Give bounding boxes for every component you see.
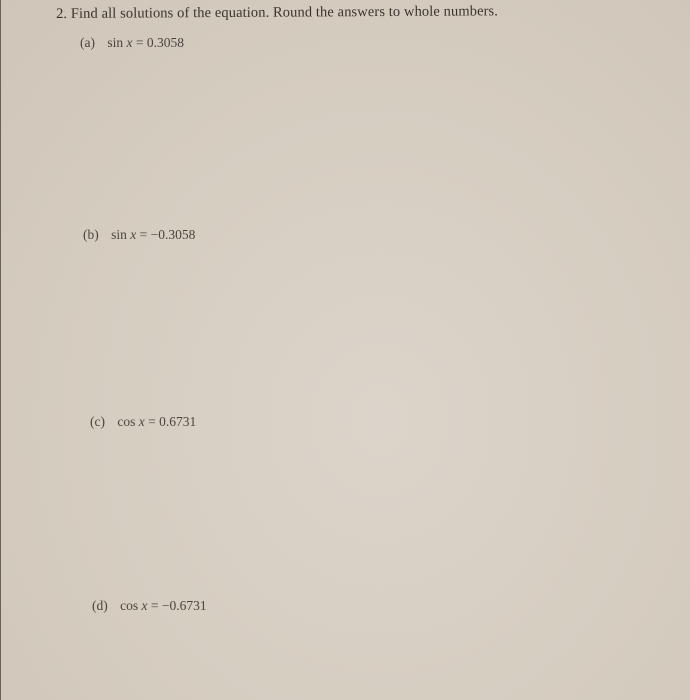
- equation-value: 0.6731: [159, 414, 196, 429]
- paper-sheet: [0, 0, 690, 700]
- function-name: sin: [107, 35, 123, 50]
- question-number: 2.: [56, 6, 67, 22]
- function-name: cos: [117, 414, 135, 429]
- part-a: (a) sin x = 0.3058: [80, 35, 184, 51]
- paper-edge: [0, 0, 1, 700]
- part-d: (d) cos x = −0.6731: [92, 598, 207, 614]
- equals-sign: =: [136, 35, 144, 50]
- part-label: (b): [83, 227, 99, 242]
- equals-sign: =: [148, 414, 156, 429]
- variable: x: [142, 598, 148, 613]
- equals-sign: =: [140, 227, 148, 242]
- variable: x: [130, 227, 136, 242]
- equation-value: −0.6731: [162, 598, 207, 613]
- variable: x: [127, 35, 133, 50]
- variable: x: [139, 414, 145, 429]
- equation-value: 0.3058: [147, 35, 184, 50]
- question-prompt: Find all solutions of the equation. Roun…: [71, 3, 498, 22]
- part-b: (b) sin x = −0.3058: [83, 227, 195, 243]
- equals-sign: =: [151, 598, 159, 613]
- part-label: (a): [80, 35, 95, 50]
- function-name: cos: [120, 598, 138, 613]
- question-heading: 2. Find all solutions of the equation. R…: [56, 3, 498, 23]
- part-label: (c): [90, 414, 105, 429]
- part-label: (d): [92, 598, 108, 613]
- equation-value: −0.3058: [151, 227, 196, 242]
- function-name: sin: [111, 227, 127, 242]
- part-c: (c) cos x = 0.6731: [90, 414, 196, 430]
